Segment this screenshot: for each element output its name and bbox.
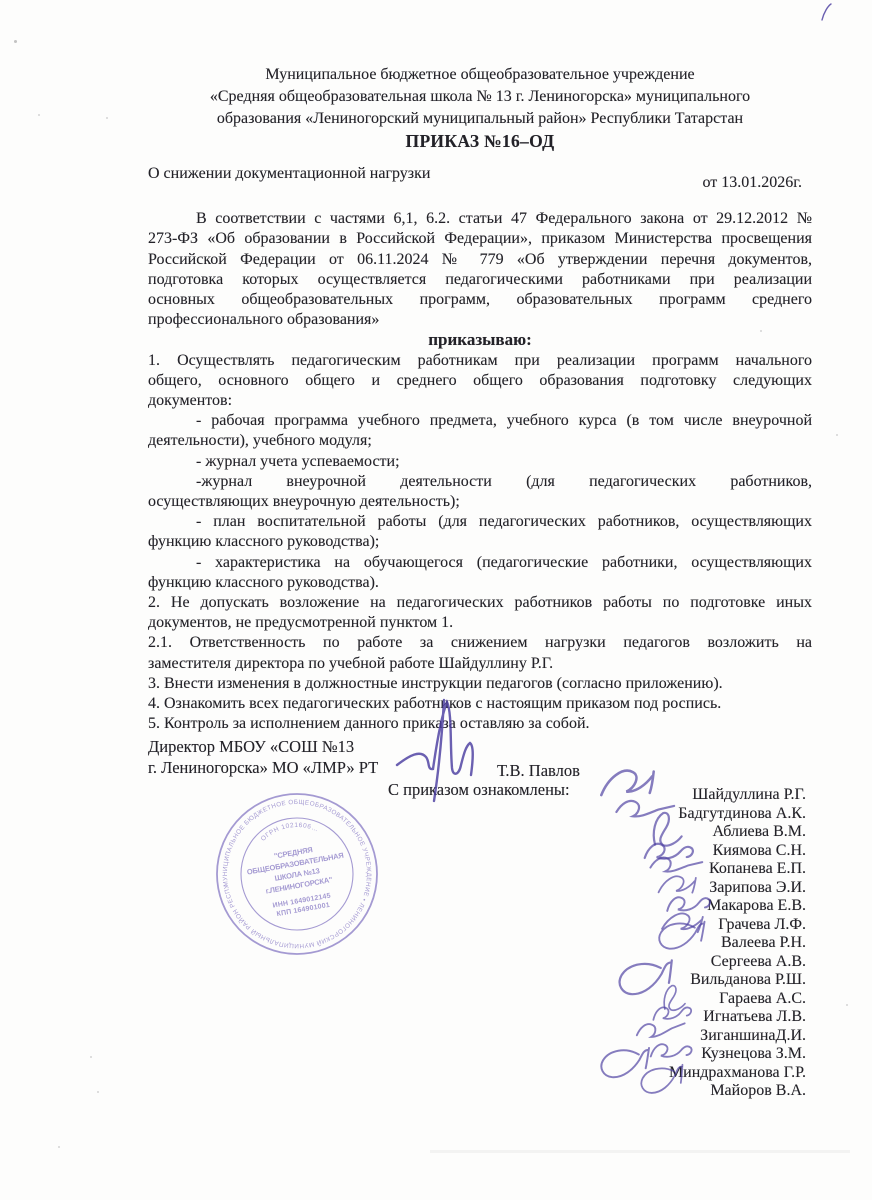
org-line: Муниципальное бюджетное общеобразователь… — [148, 64, 812, 86]
text-line: 273-ФЗ «Об образовании в Российской Феде… — [148, 229, 812, 249]
text-line: - журнал учета успеваемости; — [148, 452, 812, 472]
order-paragraph: 1. Осуществлять педагогическим работника… — [148, 351, 812, 412]
subject-row: О снижении документационной нагрузки от … — [148, 164, 812, 193]
order-paragraph: 5. Контроль за исполнением данного прика… — [148, 714, 812, 734]
text-line: подготовка которых осуществляется педаго… — [148, 270, 812, 290]
scan-speck — [836, 434, 838, 436]
text-line: осуществляющих внеурочную деятельность); — [148, 492, 812, 512]
text-line: В соответствии с частями 6,1, 6.2. стать… — [148, 209, 812, 229]
order-date: от 13.01.2026г. — [702, 164, 812, 193]
scan-streak — [430, 1150, 850, 1153]
signer-name: Грачева Л.Ф. — [420, 916, 806, 935]
signer-name: Кузнецова З.М. — [420, 1045, 806, 1064]
text-line: Российской Федерации от 06.11.2024 № 779… — [148, 250, 812, 270]
text-line: общего, основного общего и среднего обще… — [148, 371, 812, 391]
text-line: 2.1. Ответственность по работе за снижен… — [148, 633, 812, 653]
text-line: профессионального образования» — [148, 310, 812, 330]
scanned-order-page: Муниципальное бюджетное общеобразователь… — [0, 0, 872, 1200]
text-line: документов: — [148, 391, 812, 411]
text-line: 5. Контроль за исполнением данного прика… — [148, 714, 812, 734]
text-line: 1. Осуществлять педагогическим работника… — [148, 351, 812, 371]
text-line: 4. Ознакомить всех педагогических работн… — [148, 694, 812, 714]
order-title: ПРИКАЗ №16–ОД — [148, 130, 812, 153]
order-body: Муниципальное бюджетное общеобразователь… — [148, 64, 812, 734]
signer-name: Вильданова Р.Ш. — [420, 971, 806, 990]
text-line: 2. Не допускать возложение на педагогиче… — [148, 593, 812, 613]
org-lines: Муниципальное бюджетное общеобразователь… — [148, 64, 812, 130]
director-title-line-1: Директор МБОУ «СОШ №13 — [148, 737, 378, 758]
order-subject: О снижении документационной нагрузки — [148, 164, 430, 184]
signer-name: Макарова Е.В. — [420, 897, 806, 916]
scan-speck — [846, 1004, 848, 1006]
order-paragraph: 3. Внести изменения в должностные инстру… — [148, 674, 812, 694]
org-line: «Средняя общеобразовательная школа № 13 … — [148, 86, 812, 108]
text-line: основных общеобразовательных программ, о… — [148, 290, 812, 310]
decree-word: приказываю: — [148, 330, 812, 350]
text-line: функцию классного руководства). — [148, 573, 812, 593]
scan-speck — [90, 1056, 92, 1058]
text-line: документов, не предусмотренной пунктом 1… — [148, 613, 812, 633]
order-paragraph: - журнал учета успеваемости; — [148, 452, 812, 472]
scan-speck — [14, 40, 17, 43]
signer-name: Киямова С.Н. — [420, 842, 806, 861]
scan-speck — [58, 1146, 60, 1148]
signer-name: Игнатьева Л.В. — [420, 1008, 806, 1027]
scan-speck — [97, 1091, 99, 1093]
signer-name: Шайдуллина Р.Г. — [420, 786, 806, 805]
signer-name: Копанева Е.П. — [420, 860, 806, 879]
order-paragraph: - характеристика на обучающегося (педаго… — [148, 553, 812, 593]
signer-name: Бадгутдинова А.К. — [420, 805, 806, 824]
director-title-line-2: г. Лениногорска» МО «ЛМР» РТ — [148, 758, 378, 779]
signer-name: Гараева А.С. — [420, 990, 806, 1009]
text-line: функцию классного руководства); — [148, 532, 812, 552]
order-paragraph: - план воспитательной работы (для педаго… — [148, 512, 812, 552]
signer-name: Миндрахманова Г.Р. — [420, 1064, 806, 1083]
school-stamp: МУНИЦИПАЛЬНОЕ БЮДЖЕТНОЕ ОБЩЕОБРАЗОВАТЕЛЬ… — [199, 776, 396, 973]
signer-name: Сергеева А.В. — [420, 953, 806, 972]
signers-list: Шайдуллина Р.Г.Бадгутдинова А.К.Аблиева … — [420, 786, 806, 1101]
order-paragraphs: 1. Осуществлять педагогическим работника… — [148, 351, 812, 735]
scan-speck — [106, 117, 108, 119]
text-line: заместителя директора по учебной работе … — [148, 654, 812, 674]
text-line: - рабочая программа учебного предмета, у… — [148, 411, 812, 431]
scan-speck — [760, 330, 762, 332]
signer-name: Майоров В.А. — [420, 1082, 806, 1101]
text-line: - план воспитательной работы (для педаго… — [148, 512, 812, 532]
order-paragraph: 2.1. Ответственность по работе за снижен… — [148, 633, 812, 673]
text-line: -журнал внеурочной деятельности (для пед… — [148, 472, 812, 492]
order-paragraph: 2. Не допускать возложение на педагогиче… — [148, 593, 812, 633]
org-line: образования «Лениногорский муниципальный… — [148, 108, 812, 130]
text-line: деятельности), учебного модуля; — [148, 431, 812, 451]
order-paragraph: -журнал внеурочной деятельности (для пед… — [148, 472, 812, 512]
signer-name: Зарипова Э.И. — [420, 879, 806, 898]
order-paragraph: - рабочая программа учебного предмета, у… — [148, 411, 812, 451]
director-name: Т.В. Павлов — [497, 761, 580, 781]
intro-paragraph: В соответствии с частями 6,1, 6.2. стать… — [148, 209, 812, 330]
signer-name: ЗиганшинаД.И. — [420, 1027, 806, 1046]
order-paragraph: 4. Ознакомить всех педагогических работн… — [148, 694, 812, 714]
text-line: 3. Внести изменения в должностные инстру… — [148, 674, 812, 694]
signer-name: Валеева Р.Н. — [420, 934, 806, 953]
signer-name: Аблиева В.М. — [420, 823, 806, 842]
scan-speck — [38, 114, 40, 116]
director-title: Директор МБОУ «СОШ №13 г. Лениногорска» … — [148, 737, 378, 778]
pen-mark — [822, 4, 831, 20]
text-line: - характеристика на обучающегося (педаго… — [148, 553, 812, 573]
stamp-ogrn: ОГРН 1021606… — [258, 817, 321, 843]
